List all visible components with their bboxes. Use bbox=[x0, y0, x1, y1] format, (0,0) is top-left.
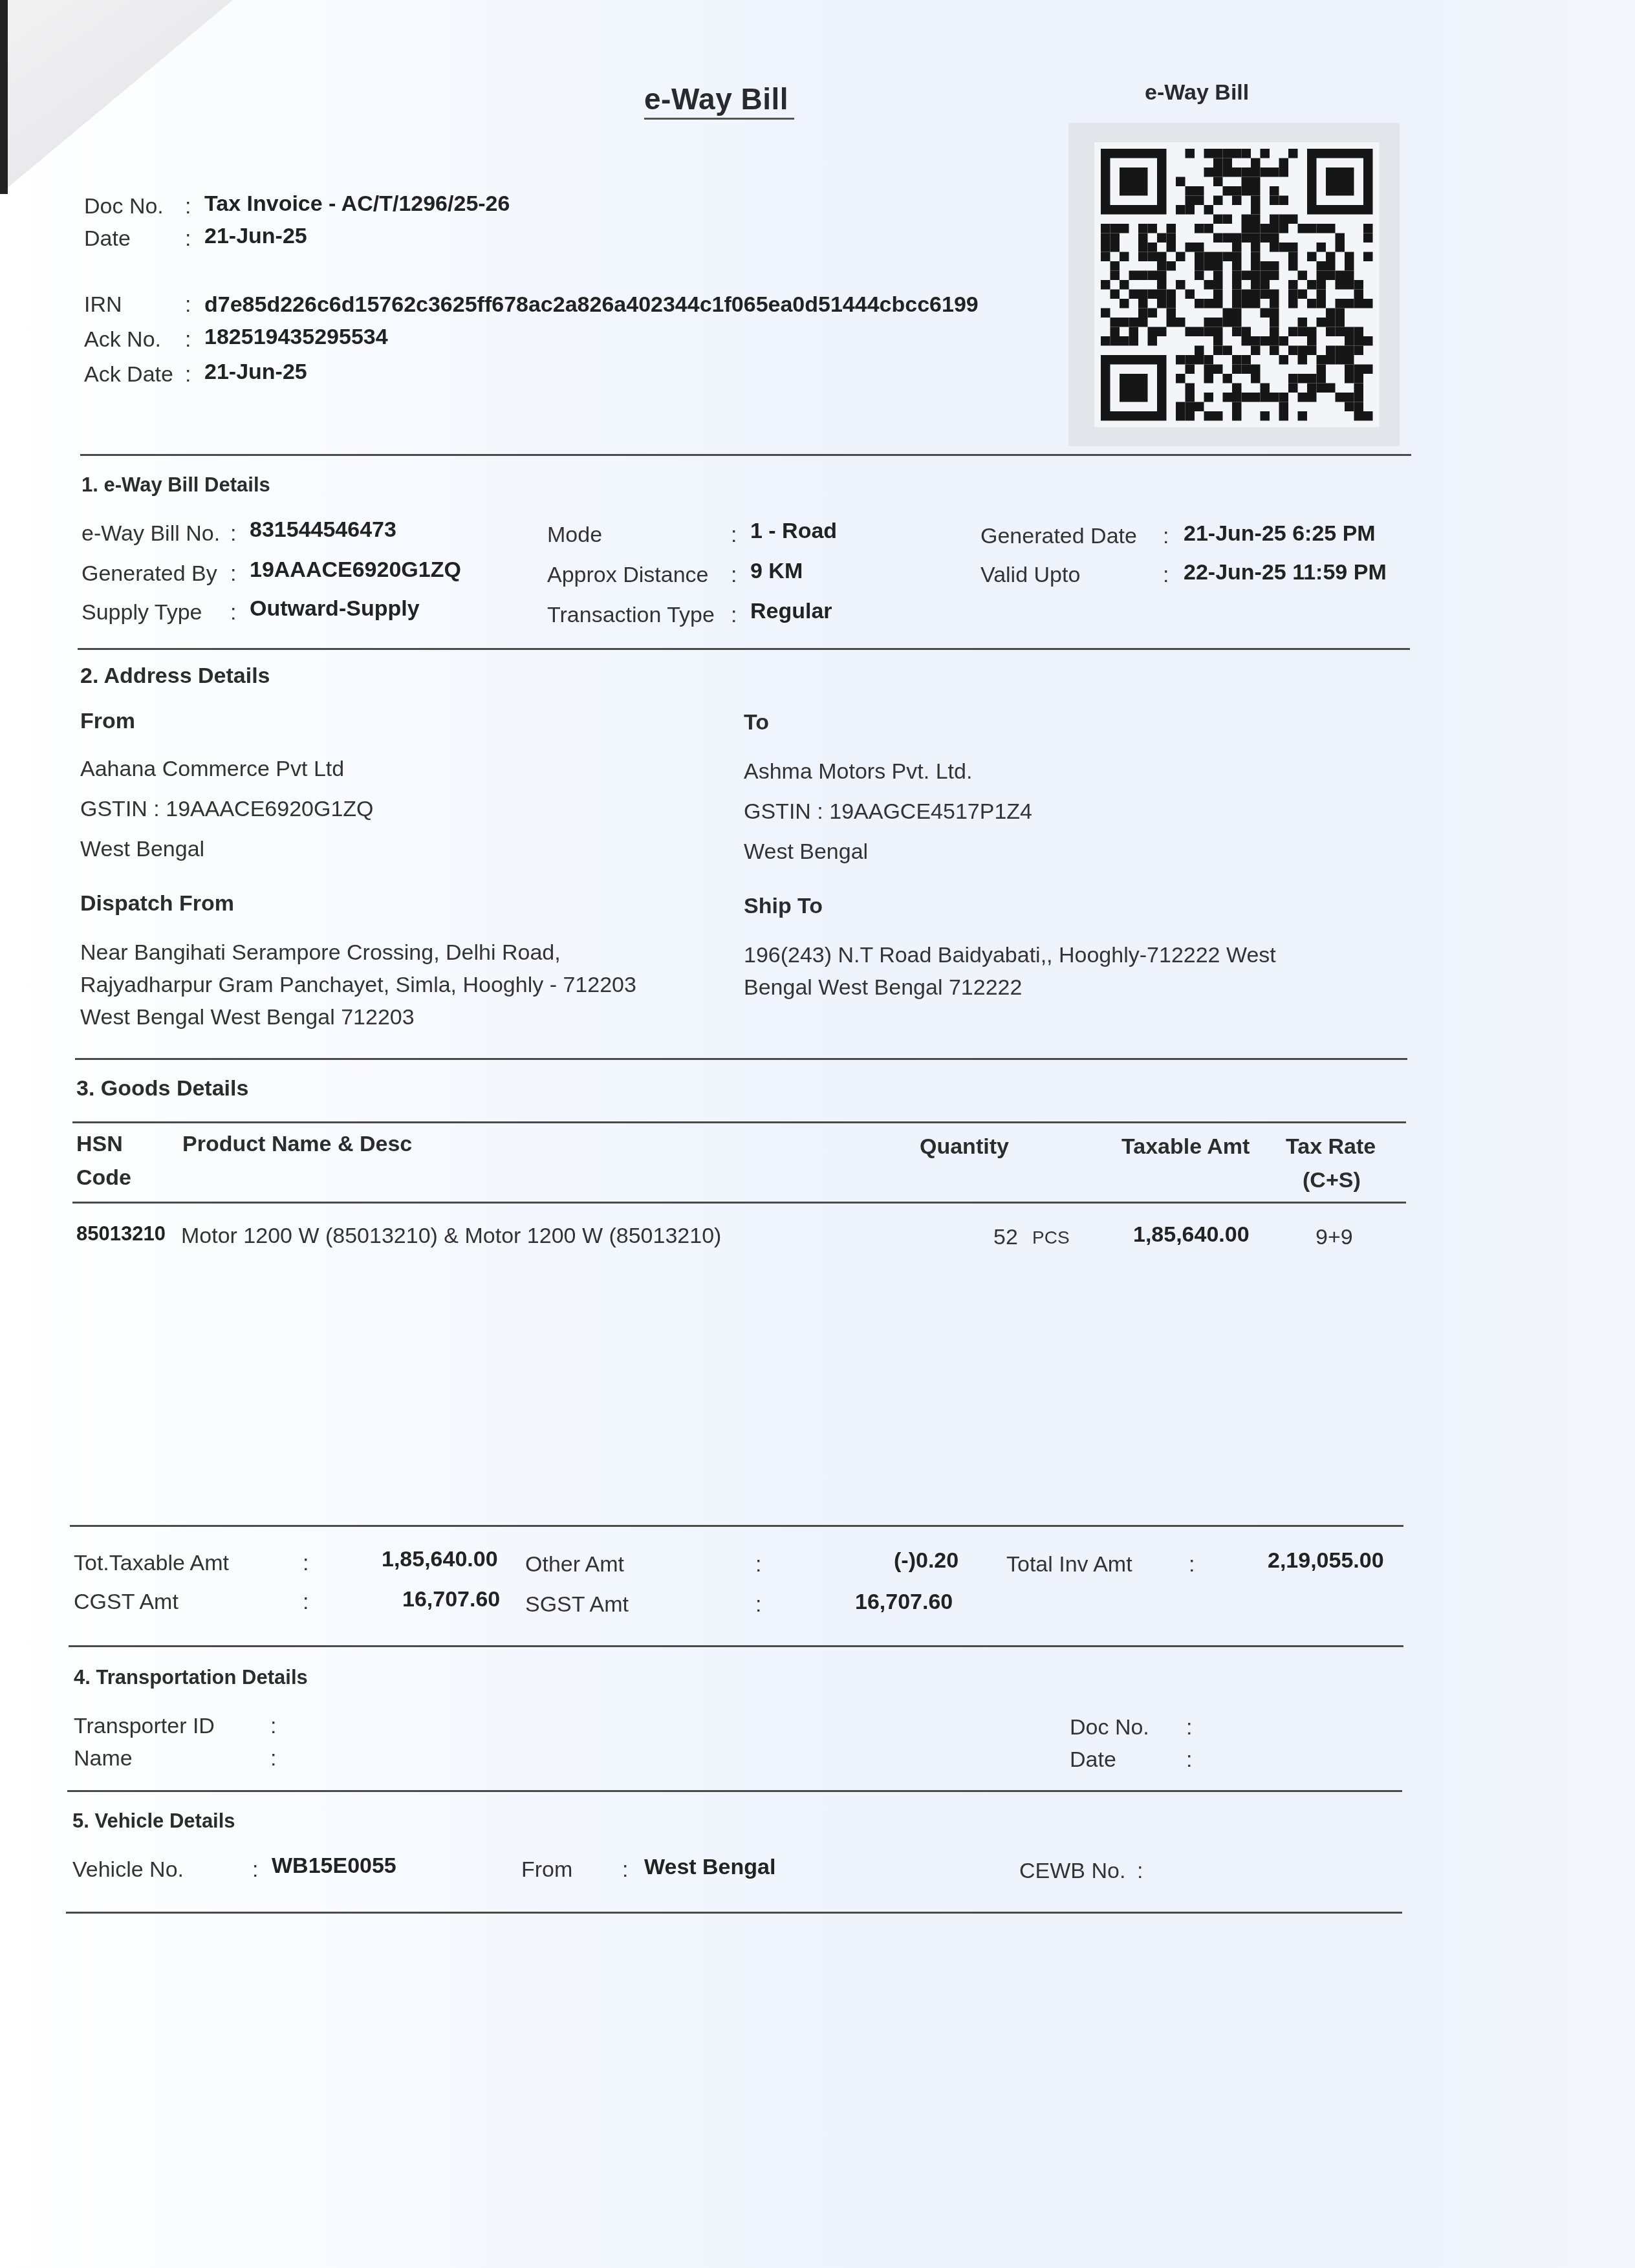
ack-no-value: 182519435295534 bbox=[204, 325, 388, 350]
colon: : bbox=[731, 523, 737, 548]
other-amt-label: Other Amt bbox=[525, 1552, 624, 1577]
divider bbox=[72, 1121, 1406, 1123]
cewb-no-label: CEWB No. bbox=[1019, 1859, 1125, 1884]
colon: : bbox=[270, 1746, 276, 1771]
colon: : bbox=[1189, 1552, 1195, 1577]
colon: : bbox=[1186, 1715, 1192, 1740]
colon: : bbox=[230, 600, 236, 625]
colon: : bbox=[230, 561, 236, 587]
col-tax-rate-cs: (C+S) bbox=[1303, 1168, 1361, 1193]
mode-label: Mode bbox=[547, 523, 602, 548]
supply-type-value: Outward-Supply bbox=[250, 596, 420, 621]
colon: : bbox=[270, 1714, 276, 1739]
divider bbox=[75, 1058, 1407, 1060]
ack-no-label: Ack No. bbox=[84, 327, 161, 352]
section-heading: 3. Goods Details bbox=[76, 1076, 248, 1101]
page-fold-corner bbox=[0, 0, 233, 194]
divider bbox=[70, 1525, 1403, 1527]
divider bbox=[72, 1202, 1406, 1204]
title-underline bbox=[644, 118, 794, 120]
divider bbox=[78, 648, 1410, 650]
row-qty: 52 bbox=[993, 1225, 1018, 1250]
vehicle-no-value: WB15E0055 bbox=[272, 1853, 396, 1879]
section-heading: 4. Transportation Details bbox=[74, 1666, 308, 1689]
colon: : bbox=[303, 1551, 309, 1576]
approx-distance-label: Approx Distance bbox=[547, 563, 708, 588]
divider bbox=[66, 1912, 1402, 1914]
cgst-value: 16,707.60 bbox=[402, 1587, 500, 1612]
ack-date-label: Ack Date bbox=[84, 362, 173, 387]
from-heading: From bbox=[80, 709, 135, 734]
qr-code-icon bbox=[1068, 123, 1400, 446]
colon: : bbox=[1186, 1747, 1192, 1773]
generated-by-label: Generated By bbox=[81, 561, 217, 587]
colon: : bbox=[303, 1590, 309, 1615]
generated-date-value: 21-Jun-25 6:25 PM bbox=[1184, 521, 1376, 546]
transporter-id-label: Transporter ID bbox=[74, 1714, 215, 1739]
to-heading: To bbox=[744, 710, 769, 735]
doc-no-label: Doc No. bbox=[84, 194, 164, 219]
other-amt-value: (-)0.20 bbox=[894, 1548, 958, 1573]
to-name: Ashma Motors Pvt. Ltd. bbox=[744, 759, 972, 784]
section-heading: 1. e-Way Bill Details bbox=[81, 473, 270, 497]
cgst-label: CGST Amt bbox=[74, 1590, 179, 1615]
colon: : bbox=[230, 521, 236, 546]
to-state: West Bengal bbox=[744, 839, 868, 865]
from-gstin: GSTIN : 19AAACE6920G1ZQ bbox=[80, 797, 374, 822]
approx-distance-value: 9 KM bbox=[750, 559, 803, 584]
valid-upto-label: Valid Upto bbox=[980, 563, 1080, 588]
colon: : bbox=[755, 1552, 761, 1577]
ack-date-value: 21-Jun-25 bbox=[204, 360, 307, 385]
vehicle-no-label: Vehicle No. bbox=[72, 1857, 184, 1883]
colon: : bbox=[185, 292, 191, 318]
col-tax-rate: Tax Rate bbox=[1286, 1134, 1376, 1160]
row-tax-rate: 9+9 bbox=[1316, 1225, 1353, 1250]
colon: : bbox=[1163, 524, 1169, 549]
colon: : bbox=[1137, 1859, 1143, 1884]
ewb-no-label: e-Way Bill No. bbox=[81, 521, 220, 546]
dispatch-line: Near Bangihati Serampore Crossing, Delhi… bbox=[80, 940, 561, 966]
colon: : bbox=[185, 327, 191, 352]
total-inv-label: Total Inv Amt bbox=[1006, 1552, 1132, 1577]
colon: : bbox=[755, 1592, 761, 1617]
date-label: Date bbox=[84, 226, 131, 252]
transporter-name-label: Name bbox=[74, 1746, 133, 1771]
supply-type-label: Supply Type bbox=[81, 600, 202, 625]
colon: : bbox=[185, 362, 191, 387]
row-unit: PCS bbox=[1032, 1227, 1070, 1248]
valid-upto-value: 22-Jun-25 11:59 PM bbox=[1184, 560, 1387, 585]
divider bbox=[69, 1645, 1403, 1647]
ship-to-line: Bengal West Bengal 712222 bbox=[744, 975, 1022, 1000]
vehicle-from-label: From bbox=[521, 1857, 572, 1883]
transport-date-label: Date bbox=[1070, 1747, 1116, 1773]
section-heading: 2. Address Details bbox=[80, 664, 270, 689]
col-hsn-code: Code bbox=[76, 1165, 131, 1191]
colon: : bbox=[185, 194, 191, 219]
col-quantity: Quantity bbox=[920, 1134, 1009, 1160]
dispatch-line: Rajyadharpur Gram Panchayet, Simla, Hoog… bbox=[80, 973, 636, 998]
irn-label: IRN bbox=[84, 292, 122, 318]
generated-by-value: 19AAACE6920G1ZQ bbox=[250, 557, 461, 583]
col-hsn: HSN bbox=[76, 1132, 123, 1157]
row-hsn: 85013210 bbox=[76, 1222, 166, 1246]
transaction-type-value: Regular bbox=[750, 599, 832, 624]
qr-label: e-Way Bill bbox=[1145, 80, 1249, 105]
transport-doc-no-label: Doc No. bbox=[1070, 1715, 1149, 1740]
ship-to-heading: Ship To bbox=[744, 894, 823, 919]
sgst-value: 16,707.60 bbox=[855, 1590, 953, 1615]
doc-no-value: Tax Invoice - AC/T/1296/25-26 bbox=[204, 191, 510, 217]
total-inv-value: 2,19,055.00 bbox=[1268, 1548, 1384, 1573]
vehicle-from-value: West Bengal bbox=[644, 1855, 775, 1880]
row-product: Motor 1200 W (85013210) & Motor 1200 W (… bbox=[181, 1224, 721, 1249]
ship-to-line: 196(243) N.T Road Baidyabati,, Hooghly-7… bbox=[744, 943, 1276, 968]
to-gstin: GSTIN : 19AAGCE4517P1Z4 bbox=[744, 799, 1032, 825]
from-state: West Bengal bbox=[80, 837, 204, 862]
colon: : bbox=[1163, 563, 1169, 588]
colon: : bbox=[731, 603, 737, 628]
divider bbox=[67, 1790, 1402, 1792]
sgst-label: SGST Amt bbox=[525, 1592, 629, 1617]
colon: : bbox=[731, 563, 737, 588]
generated-date-label: Generated Date bbox=[980, 524, 1137, 549]
row-taxable: 1,85,640.00 bbox=[1133, 1222, 1250, 1247]
document-title: e-Way Bill bbox=[644, 81, 788, 116]
colon: : bbox=[622, 1857, 628, 1883]
page-edge-shadow bbox=[0, 0, 8, 194]
tot-taxable-label: Tot.Taxable Amt bbox=[74, 1551, 229, 1576]
transaction-type-label: Transaction Type bbox=[547, 603, 715, 628]
mode-value: 1 - Road bbox=[750, 519, 837, 544]
divider bbox=[80, 454, 1411, 456]
colon: : bbox=[185, 226, 191, 252]
col-taxable: Taxable Amt bbox=[1121, 1134, 1250, 1160]
col-product: Product Name & Desc bbox=[182, 1132, 412, 1157]
dispatch-from-heading: Dispatch From bbox=[80, 891, 234, 916]
ewb-no-value: 831544546473 bbox=[250, 517, 396, 543]
from-name: Aahana Commerce Pvt Ltd bbox=[80, 757, 344, 782]
date-value: 21-Jun-25 bbox=[204, 224, 307, 249]
section-heading: 5. Vehicle Details bbox=[72, 1809, 235, 1833]
dispatch-line: West Bengal West Bengal 712203 bbox=[80, 1005, 415, 1030]
colon: : bbox=[252, 1857, 258, 1883]
irn-value: d7e85d226c6d15762c3625ff678ac2a826a40234… bbox=[204, 292, 979, 318]
tot-taxable-value: 1,85,640.00 bbox=[382, 1547, 498, 1572]
